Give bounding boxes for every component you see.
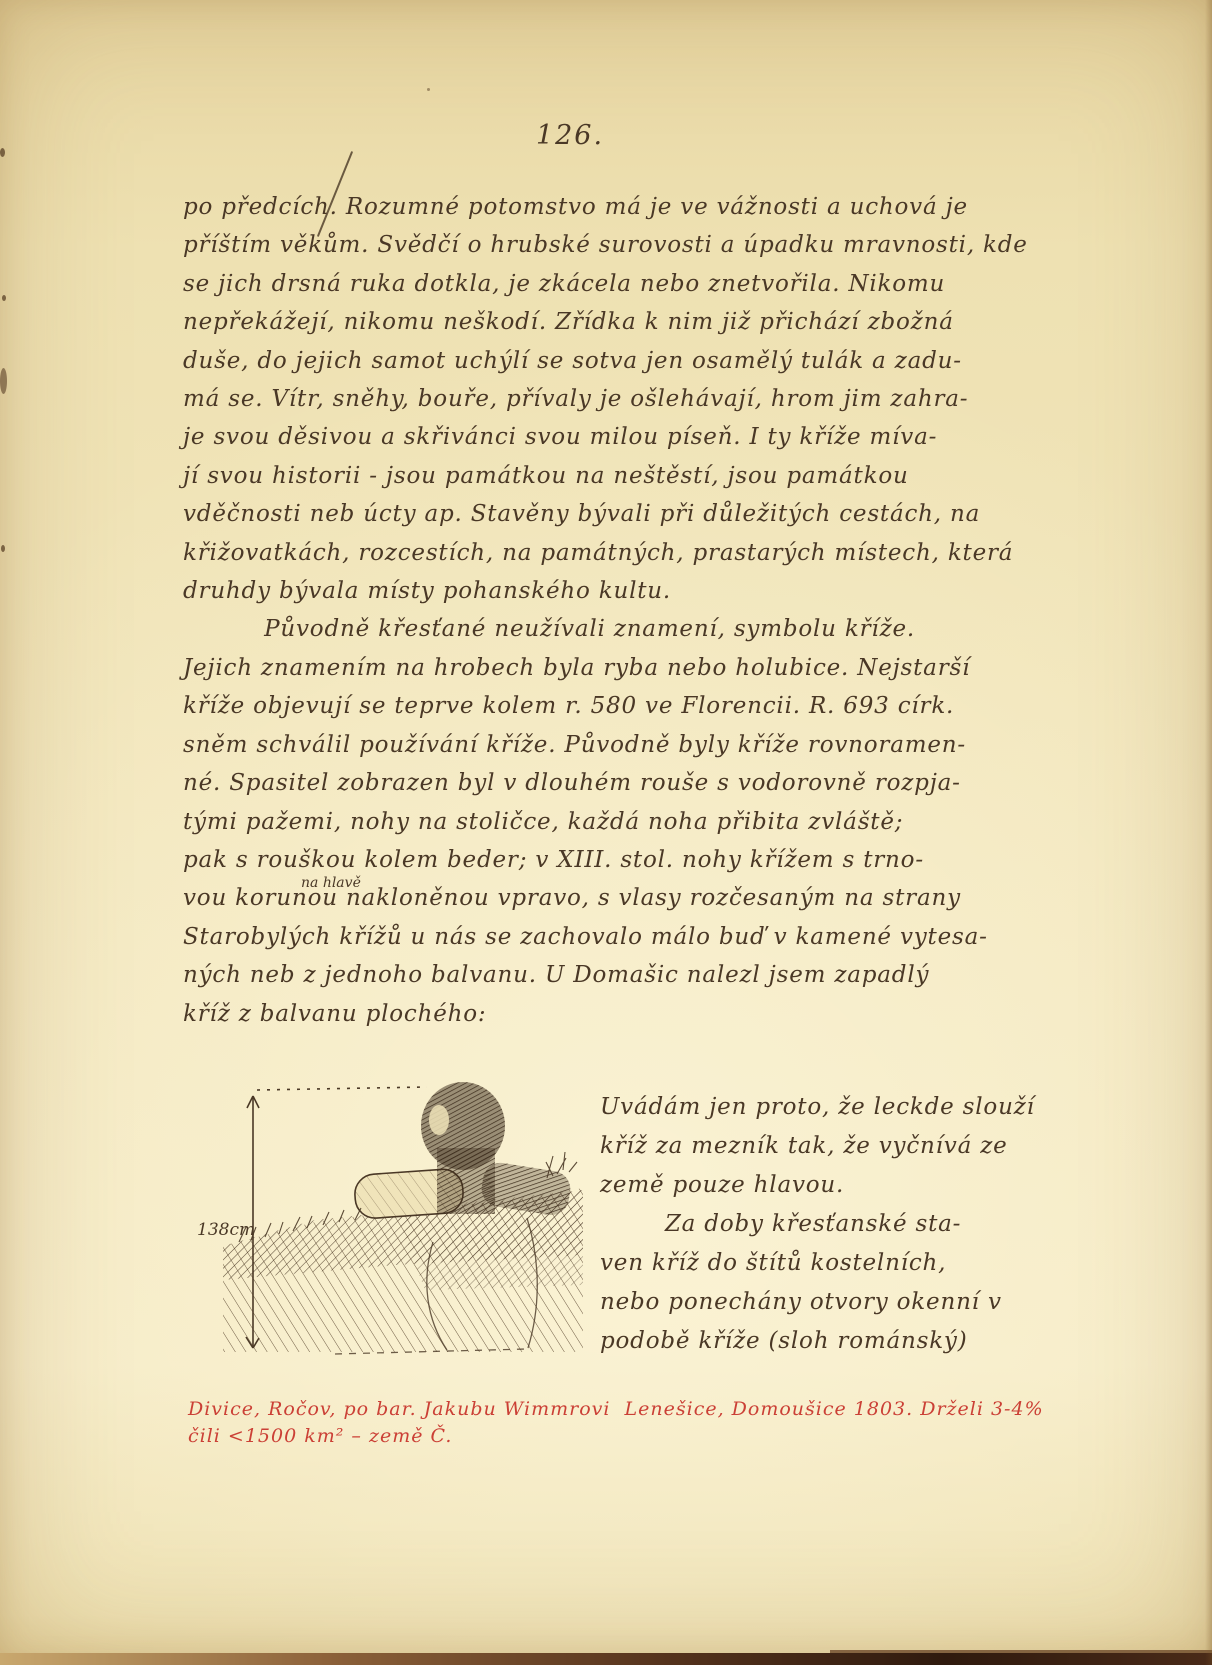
manuscript-line: kříž za mezník tak, že vyčnívá ze — [600, 1127, 1035, 1166]
manuscript-line: křižovatkách, rozcestích, na památných, … — [183, 534, 1028, 572]
manuscript-line: vděčnosti neb úcty ap. Stavěny bývali př… — [183, 495, 1028, 533]
manuscript-line: je svou děsivou a skřivánci svou milou p… — [183, 418, 1028, 456]
line-text: duše, do jejich samot uchýlí se sotva je… — [183, 348, 962, 374]
red-annotation-block: Divice, Ročov, po bar. Jakubu Wimmrovi L… — [188, 1396, 1044, 1450]
paper-speck — [1, 545, 5, 552]
line-text: čili <1500 km² – země Č. — [188, 1425, 452, 1447]
line-text: je svou děsivou a skřivánci svou milou p… — [183, 424, 937, 450]
manuscript-page: 126. po předcích. Rozumné potomstvo má j… — [0, 0, 1212, 1665]
manuscript-line: se jich drsná ruka dotkla, je zkácela ne… — [183, 265, 1028, 303]
red-note-line: čili <1500 km² – země Č. — [188, 1423, 1044, 1450]
line-text: Za doby křesťanské sta- — [600, 1211, 961, 1237]
manuscript-line: né. Spasitel zobrazen byl v dlouhém rouš… — [183, 764, 1028, 802]
line-text: nebo ponechány otvory okenní v — [600, 1289, 1002, 1315]
manuscript-line: podobě kříže (sloh románský) — [600, 1322, 1035, 1361]
manuscript-line: tými pažemi, nohy na stoličce, každá noh… — [183, 803, 1028, 841]
line-text: vděčnosti neb úcty ap. Stavěny bývali př… — [183, 501, 980, 527]
line-text: né. Spasitel zobrazen byl v dlouhém rouš… — [183, 770, 961, 796]
line-text: má se. Vítr, sněhy, bouře, přívaly je oš… — [183, 386, 968, 412]
page-number: 126. — [0, 120, 1140, 151]
line-text: kříž z balvanu plochého: — [183, 1001, 486, 1027]
sunken-cross-sketch: 138cm — [195, 1050, 590, 1375]
line-text: tými pažemi, nohy na stoličce, každá noh… — [183, 809, 903, 835]
manuscript-line: nebo ponechány otvory okenní v — [600, 1283, 1035, 1322]
line-text: kříž za mezník tak, že vyčnívá ze — [600, 1133, 1008, 1159]
manuscript-line: jí svou historii - jsou památkou na nešt… — [183, 457, 1028, 495]
line-text: Jejich znamením na hrobech byla ryba neb… — [183, 655, 970, 681]
manuscript-line: ných neb z jednoho balvanu. U Domašic na… — [183, 956, 1028, 994]
line-text: ných neb z jednoho balvanu. U Domašic na… — [183, 962, 929, 988]
line-text: po předcích. Rozumné potomstvo má je ve … — [183, 194, 968, 220]
manuscript-line: na hlavěvou korunou nakloněnou vpravo, s… — [183, 879, 1028, 917]
manuscript-line: kříže objevují se teprve kolem r. 580 ve… — [183, 687, 1028, 725]
line-text: jí svou historii - jsou památkou na nešt… — [183, 463, 909, 489]
line-text: kříže objevují se teprve kolem r. 580 ve… — [183, 693, 954, 719]
line-text: ven kříž do štítů kostelních, — [600, 1250, 946, 1276]
manuscript-line: Původně křesťané neužívali znamení, symb… — [183, 610, 1028, 648]
side-text-block: Uvádám jen proto, že leckde slouží kříž … — [600, 1088, 1035, 1361]
line-text: Divice, Ročov, po bar. Jakubu Wimmrovi L… — [188, 1398, 1044, 1420]
manuscript-line: nepřekážejí, nikomu neškodí. Zřídka k ni… — [183, 303, 1028, 341]
line-text: vou korunou nakloněnou vpravo, s vlasy r… — [183, 885, 961, 911]
line-text: země pouze hlavou. — [600, 1172, 844, 1198]
line-text: Uvádám jen proto, že leckde slouží — [600, 1094, 1035, 1120]
paper-speck — [2, 295, 6, 301]
line-text: se jich drsná ruka dotkla, je zkácela ne… — [183, 271, 945, 297]
scan-edge-right — [1205, 0, 1212, 1665]
line-text: křižovatkách, rozcestích, na památných, … — [183, 540, 1013, 566]
manuscript-line: ven kříž do štítů kostelních, — [600, 1244, 1035, 1283]
cross-stone — [354, 1082, 573, 1219]
line-text: druhdy bývala místy pohanského kultu. — [183, 578, 671, 604]
manuscript-line: příštím věkům. Svědčí o hrubské surovost… — [183, 226, 1028, 264]
manuscript-line: duše, do jejich samot uchýlí se sotva je… — [183, 342, 1028, 380]
manuscript-line: země pouze hlavou. — [600, 1166, 1035, 1205]
paper-speck — [0, 368, 7, 394]
main-text-block: po předcích. Rozumné potomstvo má je ve … — [183, 188, 1028, 1033]
line-text: sněm schválil používání kříže. Původně b… — [183, 732, 966, 758]
manuscript-line: sněm schválil používání kříže. Původně b… — [183, 726, 1028, 764]
manuscript-line: po předcích. Rozumné potomstvo má je ve … — [183, 188, 1028, 226]
line-text: podobě kříže (sloh románský) — [600, 1328, 968, 1354]
manuscript-line: Za doby křesťanské sta- — [600, 1205, 1035, 1244]
paper-speck — [427, 88, 430, 91]
manuscript-line: Starobylých křížů u nás se zachovalo mál… — [183, 918, 1028, 956]
line-text: pak s rouškou kolem beder; v XIII. stol.… — [183, 847, 924, 873]
manuscript-line: má se. Vítr, sněhy, bouře, přívaly je oš… — [183, 380, 1028, 418]
line-text: Původně křesťané neužívali znamení, symb… — [183, 616, 915, 642]
scan-edge-bottom — [0, 1653, 1212, 1665]
line-text: Starobylých křížů u nás se zachovalo mál… — [183, 924, 988, 950]
line-text: nepřekážejí, nikomu neškodí. Zřídka k ni… — [183, 309, 954, 335]
manuscript-line: kříž z balvanu plochého: — [183, 995, 1028, 1033]
line-text: příštím věkům. Svědčí o hrubské surovost… — [183, 232, 1028, 258]
manuscript-line: Uvádám jen proto, že leckde slouží — [600, 1088, 1035, 1127]
height-dimension-label: 138cm — [197, 1220, 255, 1240]
inserted-note-above-line: na hlavě — [301, 864, 361, 902]
paper-speck — [0, 148, 5, 157]
red-note-line: Divice, Ročov, po bar. Jakubu Wimmrovi L… — [188, 1396, 1044, 1423]
manuscript-line: Jejich znamením na hrobech byla ryba neb… — [183, 649, 1028, 687]
manuscript-line: druhdy bývala místy pohanského kultu. — [183, 572, 1028, 610]
